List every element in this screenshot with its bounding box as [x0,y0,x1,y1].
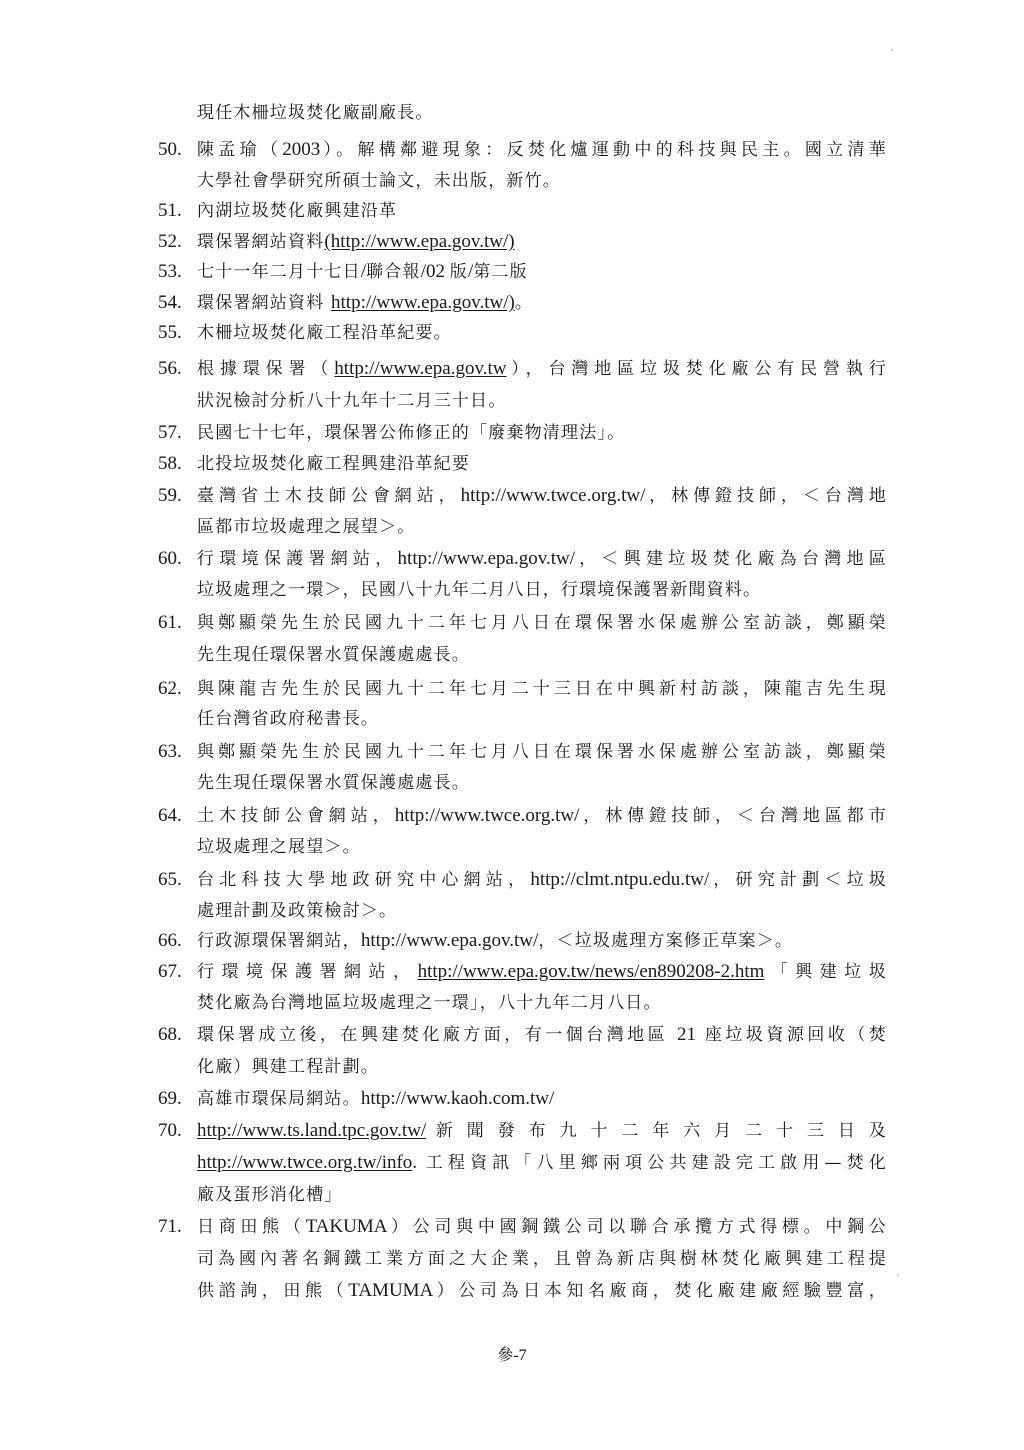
reference-segment: 土木技師公會網站， [197,806,395,826]
reference-text: 化廠）興建工程計劃。 [197,1054,379,1080]
reference-segment: 座垃圾資源回收（焚 [696,1025,887,1045]
scan-speck [891,49,893,51]
reference-text: 臺灣省土木技師公會網站，http://www.twce.org.tw/，林傳鐙技… [197,483,887,509]
reference-text: http://www.ts.land.tpc.gov.tw/ 新 聞 發 布 九… [197,1118,887,1144]
reference-segment: http://www.kaoh.com.tw/ [361,1088,555,1109]
reference-number: 65. [158,867,182,893]
reference-text: 廠及蛋形消化槽」 [197,1182,343,1208]
reference-text: 供諮詢，田熊（TAMUMA）公司為日本知名廠商，焚化廠建廠經驗豐富， [197,1278,887,1304]
reference-segment: ）公司為日本知名廠商，焚化廠建廠經驗豐富， [433,1281,887,1301]
reference-text: 七十一年二月十七日/聯合報/02 版/第二版 [197,259,528,285]
page-number: 7 [519,1347,527,1364]
reference-link[interactable]: http://www.epa.gov.tw [334,358,506,379]
reference-segment: 。 [515,293,533,313]
reference-text: 行環境保護署網站，http://www.epa.gov.tw/，＜興建垃圾焚化廠… [197,546,887,572]
reference-segment: 行環境保護署網站， [197,549,398,569]
reference-text: 環保署網站資料 http://www.epa.gov.tw/)。 [197,290,533,316]
continuation-text: 現任木柵垃圾焚化廠副廠長。 [197,100,434,126]
reference-segment: 聯合報 [366,262,421,282]
reference-segment: 日商田熊（ [197,1217,306,1237]
reference-text: 任台灣省政府秘書長。 [197,706,379,732]
reference-segment: ）公司與中國鋼鐵公司以聯合承攬方式得標。中鋼公 [387,1217,887,1237]
reference-segment: 北投垃圾焚化廠工程興建沿革紀要 [197,454,470,474]
reference-segment: 先生現任環保署水質保護處處長。 [197,773,470,793]
reference-segment: 與鄭顯榮先生於民國九十二年七月八日在環保署水保處辦公室訪談，鄭顯榮 [197,613,887,633]
reference-segment: 行環境保護署網站， [197,962,418,982]
reference-link[interactable]: http://www.epa.gov.tw/) [331,292,515,313]
reference-segment: . [412,1152,425,1173]
reference-segment: 環保署網站資料 [197,232,324,252]
reference-segment: http://www.twce.org.tw/ [461,485,646,506]
reference-segment: 2003 [282,139,320,160]
reference-text: 與陳龍吉先生於民國九十二年七月二十三日在中興新村訪談，陳龍吉先生現 [197,676,887,702]
reference-segment: 大學社會學研究所碩士論文，未出版，新竹。 [197,171,561,191]
reference-text: 處理計劃及政策檢討＞。 [197,898,397,924]
reference-number: 56. [158,356,182,382]
reference-segment: ，林傳鐙技師，＜台灣地區都市 [579,806,887,826]
scan-speck [897,1274,899,1276]
reference-segment: ）。解構鄰避現象：反焚化爐運動中的科技與民主。國立清華 [320,140,887,160]
reference-number: 51. [158,198,182,224]
reference-text: 垃圾處理之展望＞。 [197,834,361,860]
reference-segment: ，＜垃圾處理方案修正草案＞。 [538,931,793,951]
reference-number: 52. [158,229,182,255]
reference-segment: TAKUMA [306,1216,388,1237]
reference-segment: ，研究計劃＜垃圾 [709,870,887,890]
reference-text: 台北科技大學地政研究中心網站，http://clmt.ntpu.edu.tw/，… [197,867,887,893]
reference-segment: 根據環保署（ [197,359,334,379]
reference-text: 焚化廠為台灣地區垃圾處理之一環」，八十九年二月八日。 [197,990,662,1016]
reference-text: 日商田熊（TAKUMA）公司與中國鋼鐵公司以聯合承攬方式得標。中鋼公 [197,1214,887,1240]
reference-segment: 版 [450,262,468,282]
reference-number: 69. [158,1086,182,1112]
reference-text: 木柵垃圾焚化廠工程沿革紀要。 [197,320,452,346]
reference-number: 57. [158,420,182,446]
reference-text: 環保署成立後，在興建焚化廠方面，有一個台灣地區 21 座垃圾資源回收（焚 [197,1022,887,1048]
reference-number: 70. [158,1118,182,1144]
reference-segment: ，林傳鐙技師，＜台灣地 [645,486,887,506]
reference-text: 民國七十七年，環保署公佈修正的「廢棄物清理法」。 [197,420,625,446]
reference-link[interactable]: (http://www.epa.gov.tw/) [324,231,514,252]
reference-text: 區都市垃圾處理之展望＞。 [197,514,415,540]
reference-number: 50. [158,137,182,163]
reference-number: 60. [158,546,182,572]
reference-segment: 焚化廠為台灣地區垃圾處理之一環」，八十九年二月八日。 [197,993,662,1013]
reference-number: 68. [158,1022,182,1048]
reference-text: 陳孟瑜（2003）。解構鄰避現象：反焚化爐運動中的科技與民主。國立清華 [197,137,887,163]
reference-number: 59. [158,483,182,509]
reference-segment: 垃圾處理之一環＞，民國八十九年二月八日，行環境保護署新聞資料。 [197,580,761,600]
reference-segment: ），台灣地區垃圾焚化廠公有民營執行 [507,359,887,379]
reference-segment: 廠及蛋形消化槽」 [197,1185,343,1205]
reference-text: 行環境保護署網站，http://www.epa.gov.tw/news/en89… [197,959,887,985]
reference-segment: 供諮詢，田熊（ [197,1281,348,1301]
reference-text: 狀況檢討分析八十九年十二月三十日。 [197,388,506,414]
reference-text: 北投垃圾焚化廠工程興建沿革紀要 [197,451,470,477]
reference-number: 67. [158,959,182,985]
reference-text: 與鄭顯榮先生於民國九十二年七月八日在環保署水保處辦公室訪談，鄭顯榮 [197,610,887,636]
reference-text: 內湖垃圾焚化廠興建沿革 [197,198,397,224]
reference-text: http://www.twce.org.tw/info. 工程資訊「八里鄉兩項公… [197,1150,887,1176]
reference-segment: 行政源環保署網站， [197,931,361,951]
reference-number: 64. [158,803,182,829]
reference-segment: 任台灣省政府秘書長。 [197,709,379,729]
reference-text: 行政源環保署網站，http://www.epa.gov.tw/，＜垃圾處理方案修… [197,928,793,954]
reference-text: 先生現任環保署水質保護處處長。 [197,770,470,796]
reference-segment: 垃圾處理之展望＞。 [197,837,361,857]
reference-text: 垃圾處理之一環＞，民國八十九年二月八日，行環境保護署新聞資料。 [197,577,761,603]
reference-number: 54. [158,290,182,316]
reference-link[interactable]: http://www.ts.land.tpc.gov.tw/ [197,1120,426,1141]
reference-segment: http://www.twce.org.tw/ [395,805,580,826]
reference-text: 土木技師公會網站，http://www.twce.org.tw/，林傳鐙技師，＜… [197,803,887,829]
reference-number: 58. [158,451,182,477]
reference-number: 55. [158,320,182,346]
reference-segment: 第二版 [473,262,528,282]
reference-link[interactable]: http://www.epa.gov.tw/news/en890208-2.ht… [418,961,765,982]
reference-segment: 區都市垃圾處理之展望＞。 [197,517,415,537]
reference-segment: 臺灣省土木技師公會網站， [197,486,461,506]
reference-segment: 新 聞 發 布 九 十 二 年 六 月 二 十 三 日 及 [426,1121,887,1141]
reference-link[interactable]: http://www.twce.org.tw/info [197,1152,412,1173]
reference-text: 高雄市環保局網站。http://www.kaoh.com.tw/ [197,1086,554,1112]
page-footer: 參-7 [0,1342,1024,1365]
reference-segment: 司為國內著名鋼鐵工業方面之大企業，且曾為新店與樹林焚化廠興建工程提 [197,1249,887,1269]
reference-segment: 環保署網站資料 [197,293,331,313]
reference-text: 先生現任環保署水質保護處處長。 [197,642,470,668]
reference-segment: 台北科技大學地政研究中心網站， [197,870,530,890]
reference-text: 與鄭顯榮先生於民國九十二年七月八日在環保署水保處辦公室訪談，鄭顯榮 [197,739,887,765]
reference-segment: http://clmt.ntpu.edu.tw/ [530,869,709,890]
reference-segment: 先生現任環保署水質保護處處長。 [197,645,470,665]
reference-segment: 與鄭顯榮先生於民國九十二年七月八日在環保署水保處辦公室訪談，鄭顯榮 [197,742,887,762]
reference-segment: 民國七十七年，環保署公佈修正的「廢棄物清理法」。 [197,423,625,443]
reference-segment: /02 [421,261,450,282]
reference-number: 53. [158,259,182,285]
reference-segment: 21 [677,1024,696,1045]
reference-text: 環保署網站資料(http://www.epa.gov.tw/) [197,229,515,255]
reference-segment: 與陳龍吉先生於民國九十二年七月二十三日在中興新村訪談，陳龍吉先生現 [197,679,887,699]
reference-segment: 處理計劃及政策檢討＞。 [197,901,397,921]
reference-segment: 內湖垃圾焚化廠興建沿革 [197,201,397,221]
reference-text: 根據環保署（http://www.epa.gov.tw），台灣地區垃圾焚化廠公有… [197,356,887,382]
reference-segment: 工程資訊「八里鄉兩項公共建設完工啟用—焚化 [426,1153,887,1173]
reference-segment: 高雄市環保局網站。 [197,1089,361,1109]
reference-segment: 陳孟瑜（ [197,140,282,160]
reference-segment: 七十一年二月十七日 [197,262,361,282]
reference-number: 61. [158,610,182,636]
reference-text: 大學社會學研究所碩士論文，未出版，新竹。 [197,168,561,194]
reference-segment: http://www.epa.gov.tw/ [361,930,539,951]
reference-segment: 「興建垃圾 [764,962,887,982]
reference-segment: ，＜興建垃圾焚化廠為台灣地區 [575,549,887,569]
reference-segment: 木柵垃圾焚化廠工程沿革紀要。 [197,323,452,343]
reference-segment: 狀況檢討分析八十九年十二月三十日。 [197,391,506,411]
document-page: 現任木柵垃圾焚化廠副廠長。 50.陳孟瑜（2003）。解構鄰避現象：反焚化爐運動… [0,0,1024,1450]
footer-prefix: 參- [497,1347,518,1364]
reference-number: 62. [158,676,182,702]
reference-number: 71. [158,1214,182,1240]
reference-segment: http://www.epa.gov.tw/ [398,548,576,569]
reference-number: 66. [158,928,182,954]
reference-segment: TAMUMA [348,1280,433,1301]
reference-text: 司為國內著名鋼鐵工業方面之大企業，且曾為新店與樹林焚化廠興建工程提 [197,1246,887,1272]
reference-segment: 化廠）興建工程計劃。 [197,1057,379,1077]
reference-number: 63. [158,739,182,765]
reference-segment: 環保署成立後，在興建焚化廠方面，有一個台灣地區 [197,1025,677,1045]
